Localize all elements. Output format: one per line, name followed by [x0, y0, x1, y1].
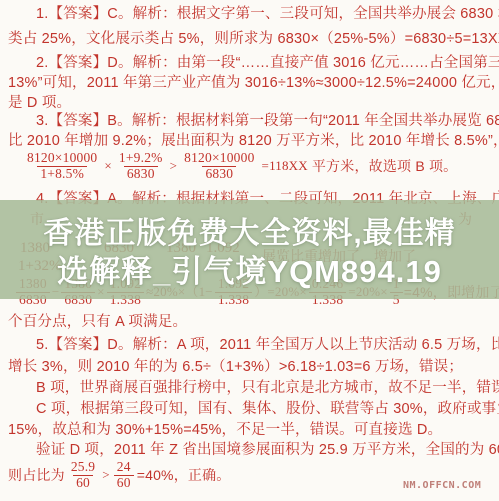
formula-segment: =40%，正确。 [137, 467, 231, 485]
doc-line: 是 D 项。 [8, 94, 71, 112]
doc-line: 3.【答案】B。解析：根据材料第一段第一句“2011 年全国共举办展览 6830… [36, 112, 499, 130]
doc-line: 个百分点，只有 A 项满足。 [8, 313, 187, 331]
doc-line: 15%，故总和为 30%+15%=45%，不足一半，错误。可直接选 D。 [8, 421, 442, 439]
doc-line: C 项，根据第三段可知，国有、集体、股份、联营等占 30%，政府或事业单位占 [36, 400, 499, 418]
formula-segment: > [169, 158, 179, 174]
fraction: 1+9.2%6830 [116, 151, 166, 182]
fraction: 2460 [114, 460, 134, 491]
doc-line: 类占 25%，文化展示类占 5%，则所求为 6830×（25%-5%）=6830… [8, 30, 499, 48]
formula-segment: × [103, 158, 113, 174]
doc-line: B 项，世界商展百强排行榜中，只有北京是北方城市，故不足一半，错误； [36, 379, 499, 397]
promo-overlay-banner[interactable]: 香港正版免费大全资料,最佳精 选解释_引气境YQM894.19 [0, 200, 499, 299]
formula-q5: 则占比为25.960>2460=40%，正确。 [8, 460, 231, 491]
doc-line: 2.【答案】D。解析：由第一段“……直接产值 3016 亿元……占全国第三产业的 [36, 54, 499, 72]
formula-segment: 则占比为 [8, 467, 65, 485]
doc-line: 增长 3%，则 2010 年的为 6.5÷（1+3%）>6.18÷1.03=6 … [8, 358, 463, 376]
promo-line-2: 选解释_引气境YQM894.19 [0, 246, 499, 291]
formula-segment: > [101, 467, 111, 483]
doc-line: 比 2010 年增加 9.2%；展出面积为 8120 万平方米，比 2010 年… [8, 132, 499, 150]
formula-segment: =118XX [261, 158, 309, 174]
fraction: 8120×100001+8.5% [24, 151, 100, 182]
watermark: NM.OFFCN.COM [403, 480, 481, 491]
fraction: 25.960 [68, 460, 98, 491]
fraction: 8120×100006830 [181, 151, 257, 182]
doc-line: 1.【答案】C。解析：根据文字第一、三段可知，全国共举办展会 6830 场，消费 [36, 5, 499, 23]
formula-q3: 8120×100001+8.5%×1+9.2%6830>8120×1000068… [24, 151, 457, 182]
doc-line: 5.【答案】D。解析：A 项，2011 年全国万人以上节庆活动 6.5 万场，比… [36, 336, 499, 354]
document-page: 1.【答案】C。解析：根据文字第一、三段可知，全国共举办展会 6830 场，消费… [0, 0, 499, 501]
doc-line: 13%”可知，2011 年第三产业产值为 3016÷13%≈3000÷12.5%… [8, 74, 499, 92]
doc-line: 验证 D 项，2011 年 Z 省出国境参展面积为 25.9 万平方米，全国的为… [36, 441, 499, 459]
formula-segment: 平方米，故选项 B 项。 [312, 158, 458, 176]
